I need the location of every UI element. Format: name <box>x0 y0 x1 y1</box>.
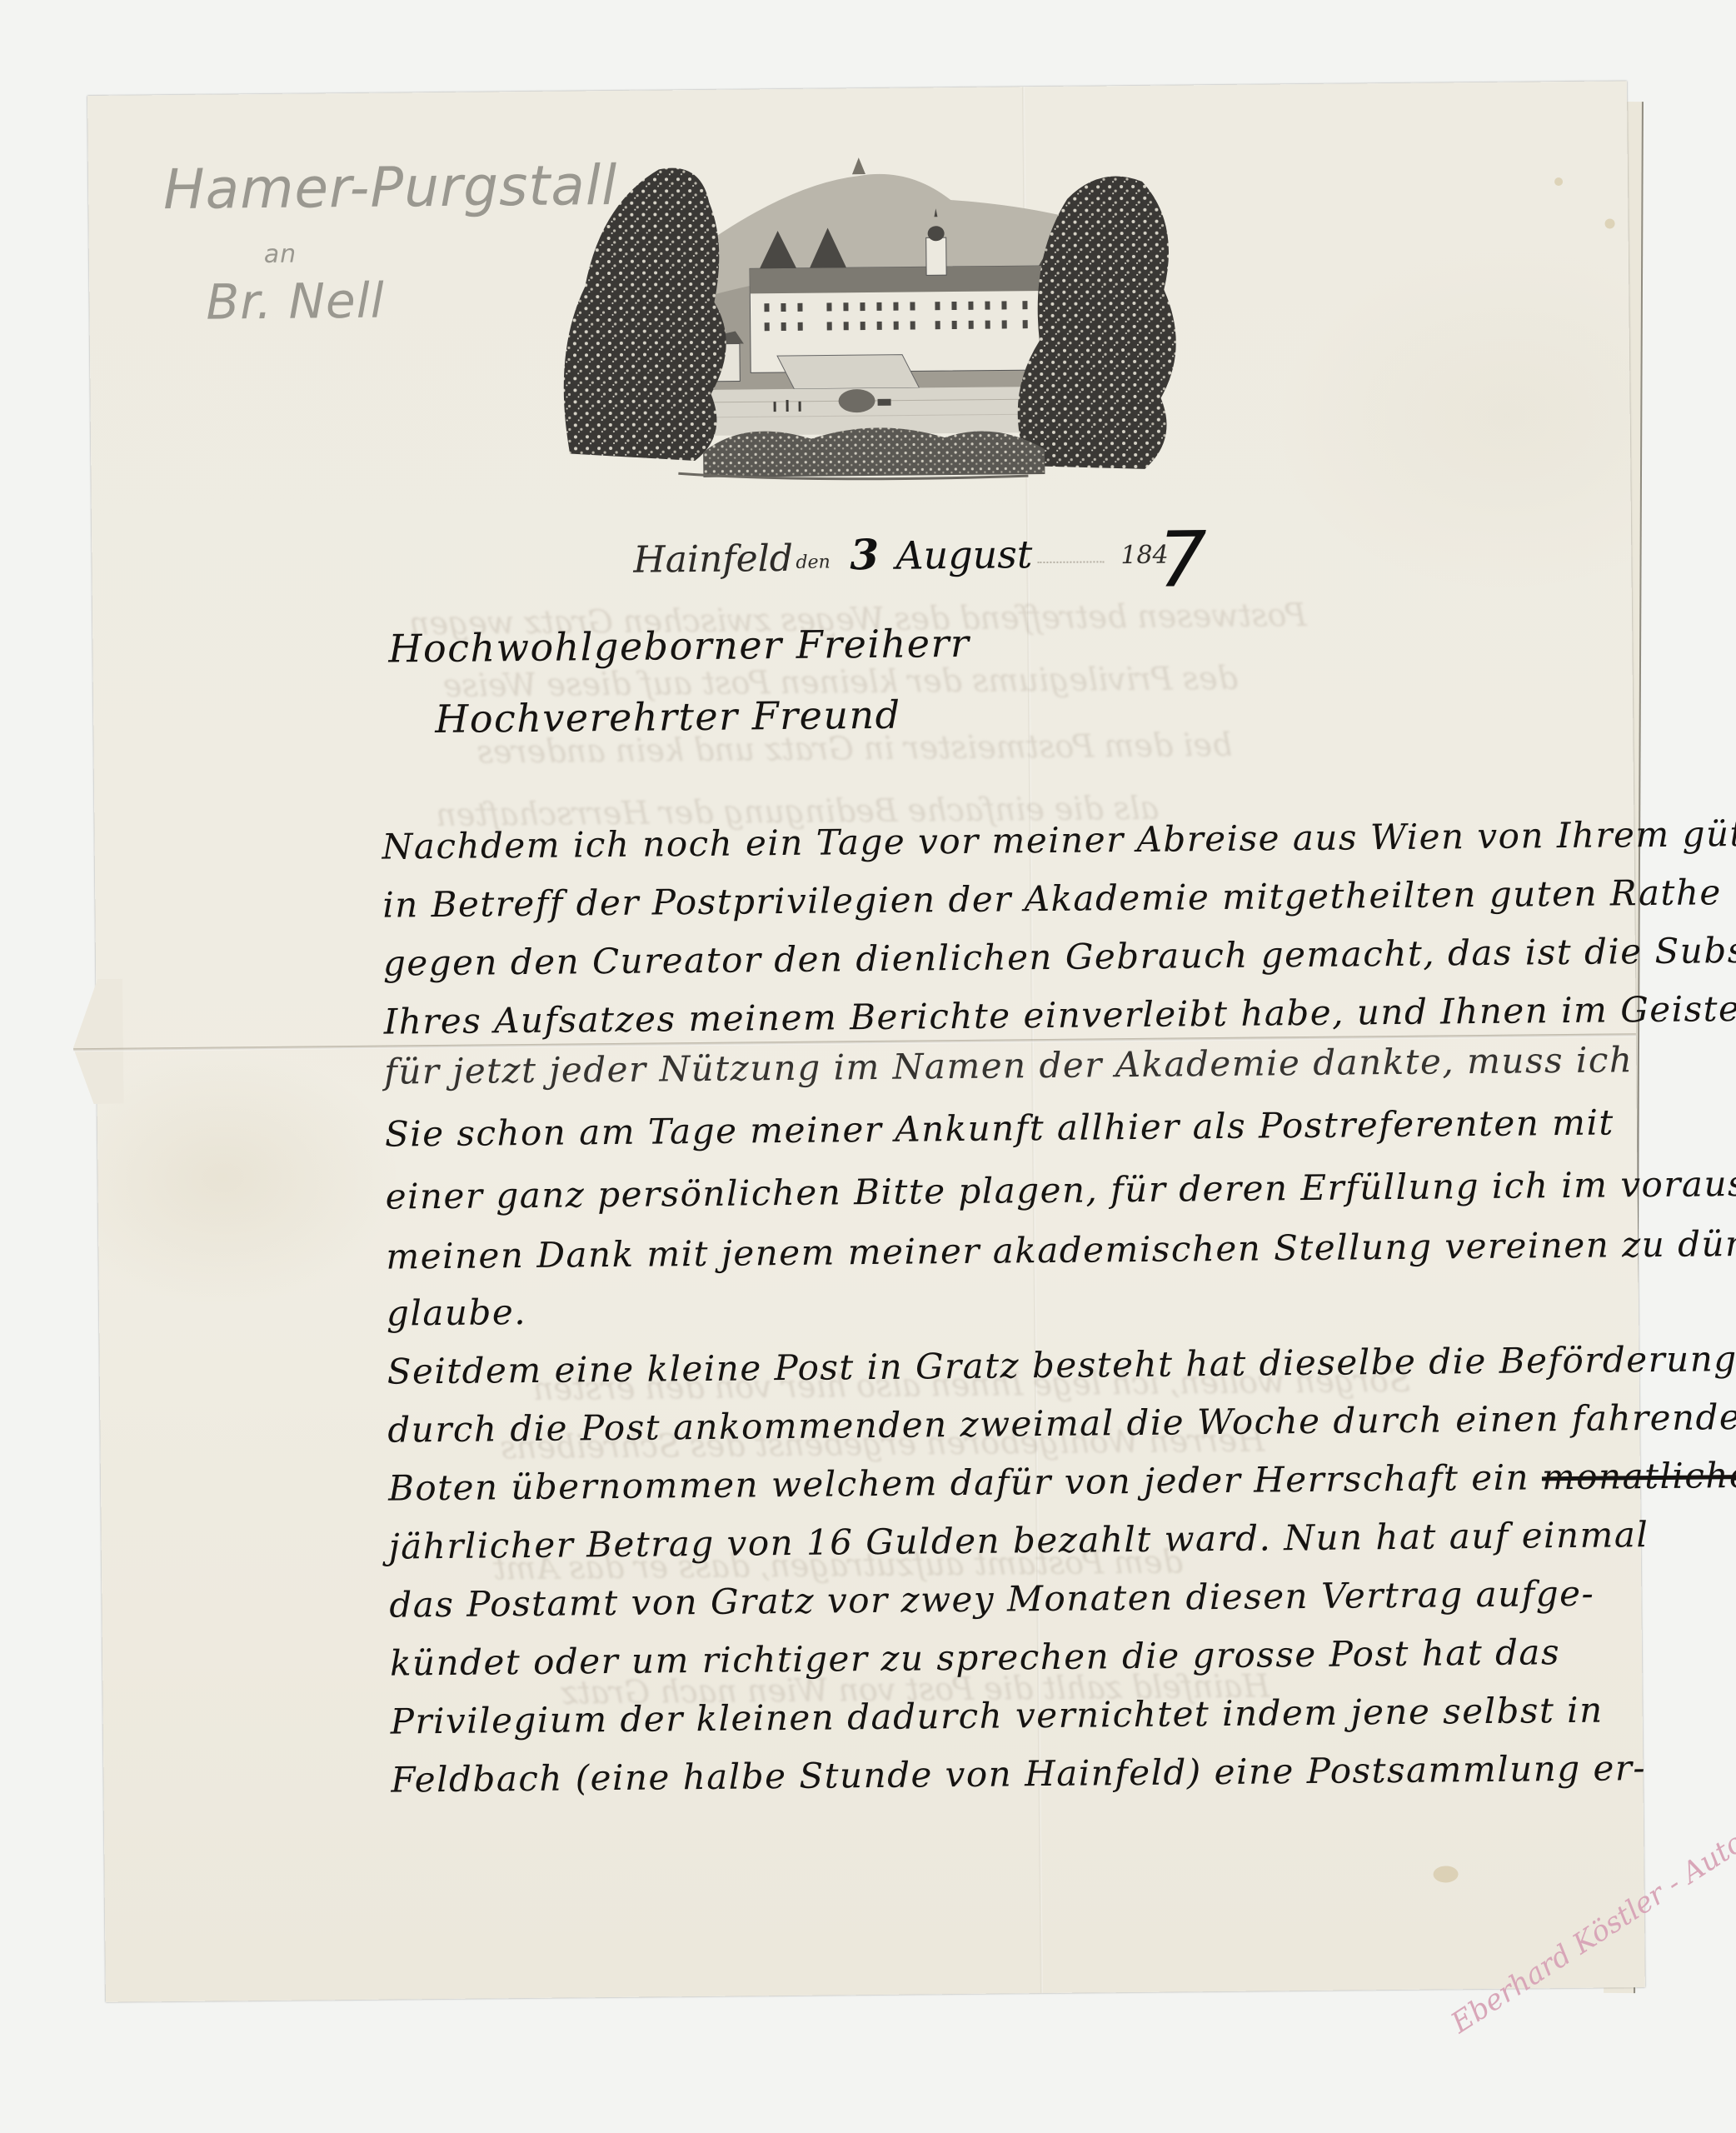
foxing-spot <box>1433 1866 1458 1882</box>
struck-word: monatlicher <box>1542 1455 1736 1498</box>
body-line: Feldbach (eine halbe Stunde von Hainfeld… <box>391 1747 1646 1800</box>
pencil-annotation-an: an <box>264 240 297 269</box>
date-day: 3 <box>850 530 879 579</box>
date-month: August <box>895 532 1033 578</box>
body-line: kündet oder um richtiger zu sprechen die… <box>390 1631 1560 1683</box>
dotted-rule <box>1037 561 1104 563</box>
folded-flap <box>72 979 123 1105</box>
pencil-annotation-recipient: Br. Nell <box>206 272 385 331</box>
body-line: einer ganz persönlichen Bitte plagen, fü… <box>385 1163 1736 1217</box>
body-line-on-fold: für jetzt jeder Nützung im Namen der Aka… <box>384 1039 1634 1091</box>
salutation-line-1: Hochwohlgeborner Freiherr <box>388 621 970 672</box>
body-line: in Betreff der Postprivilegien der Akade… <box>382 872 1722 925</box>
printed-place: Hainfeld <box>633 537 793 582</box>
pencil-annotation-author: Hamer-Purgstall <box>163 153 618 222</box>
body-line: Seitdem eine kleine Post in Gratz besteh… <box>387 1337 1736 1391</box>
date-year-digit: 7 <box>1158 515 1208 605</box>
letter-page: Hamer-Purgstall an Br. Nell <box>87 81 1645 2002</box>
body-line: jährlicher Betrag von 16 Gulden bezahlt … <box>388 1514 1649 1567</box>
body-line: gegen den Cureator den dienlichen Gebrau… <box>383 929 1736 984</box>
printed-den: den <box>796 552 831 572</box>
date-line: Hainfeld den 3 August 184 7 <box>616 518 1250 607</box>
foxing-spot <box>1554 177 1563 186</box>
body-line: meinen Dank mit jenem meiner akademische… <box>386 1222 1736 1276</box>
foxing-spot <box>1605 218 1615 228</box>
salutation-line-2: Hochverehrter Freund <box>435 692 901 742</box>
body-line: Sie schon am Tage meiner Ankunft allhier… <box>385 1101 1614 1154</box>
letterhead-engraving <box>559 147 1191 487</box>
body-line: glaube. <box>387 1291 526 1334</box>
